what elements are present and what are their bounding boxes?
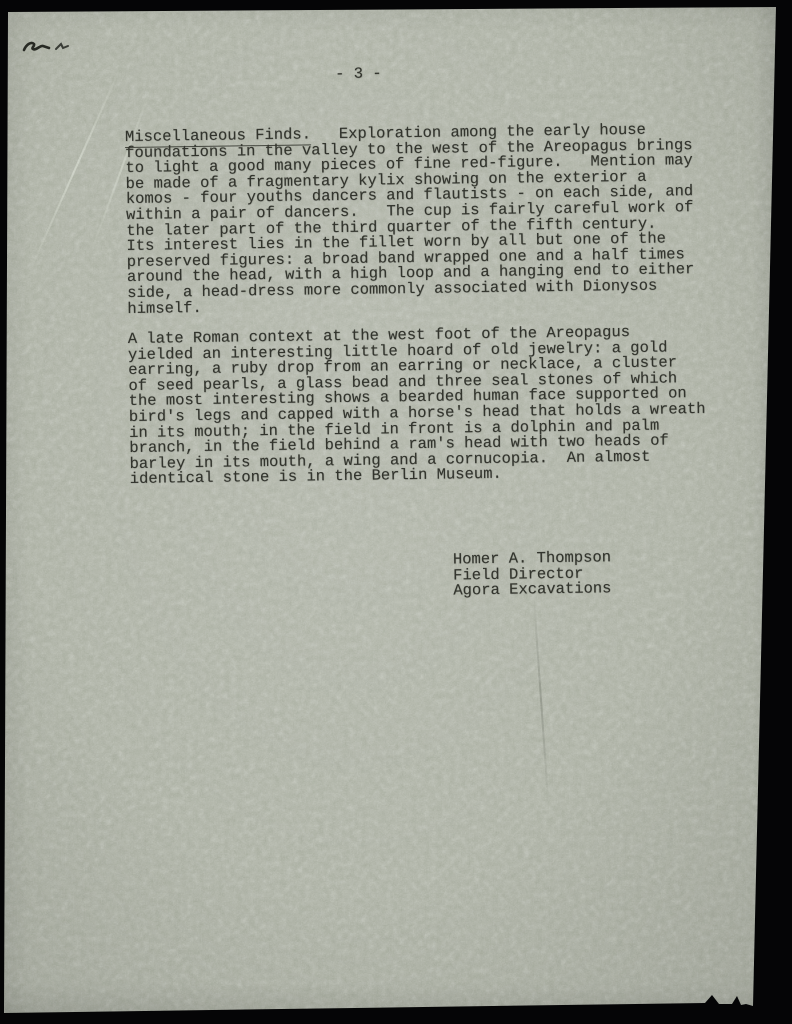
signature-block: Homer A. Thompson Field Director Agora E… bbox=[453, 550, 612, 599]
paper-sheet: - 3 - Miscellaneous Finds. Exploration a… bbox=[0, 0, 792, 1024]
scan-background: - 3 - Miscellaneous Finds. Exploration a… bbox=[0, 0, 792, 1024]
paragraph-2: A late Roman context at the west foot of… bbox=[128, 324, 707, 488]
signature-organization: Agora Excavations bbox=[453, 581, 611, 599]
paragraph-1: foundations in the valley to the west of… bbox=[125, 138, 695, 317]
page-number: - 3 - bbox=[335, 66, 382, 82]
typewritten-text: - 3 - Miscellaneous Finds. Exploration a… bbox=[0, 0, 792, 1024]
